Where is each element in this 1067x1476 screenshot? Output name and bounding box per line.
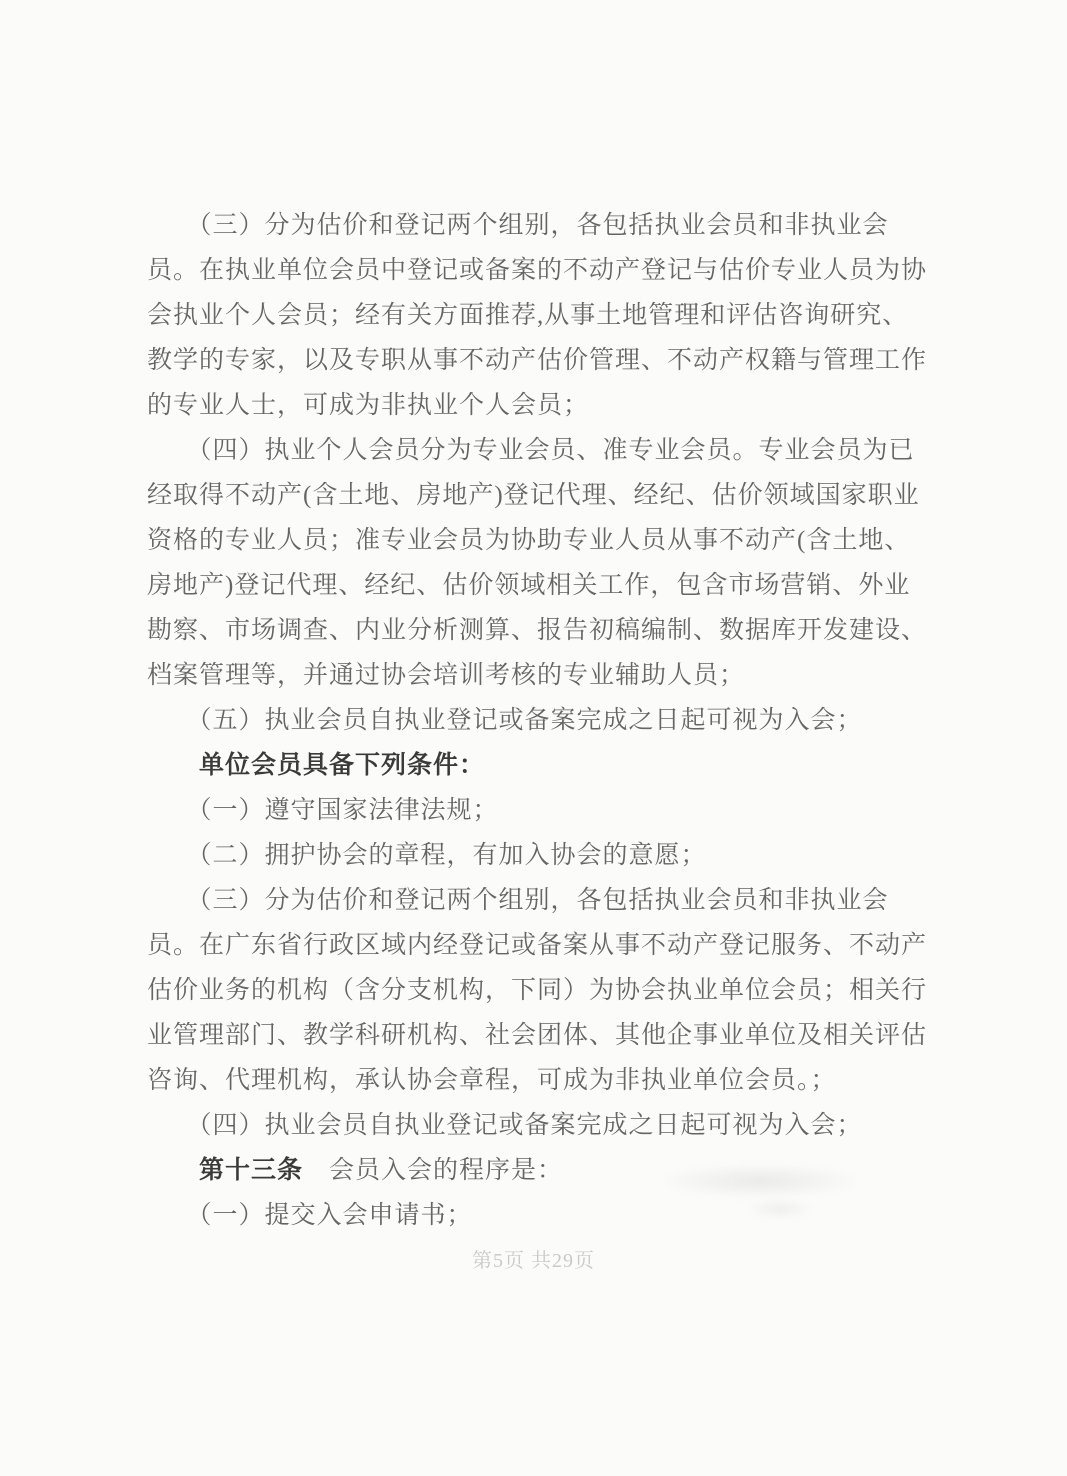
body-text: 咨询、代理机构，承认协会章程，可成为非执业单位会员。； [147, 1067, 837, 1094]
text-line: （一）提交入会申请书； [147, 1193, 929, 1238]
text-line: 员。在广东省行政区域内经登记或备案从事不动产登记服务、不动产 [147, 923, 929, 968]
text-line: 房地产)登记代理、经纪、估价领域相关工作，包含市场营销、外业 [147, 563, 929, 608]
body-text: 会员入会的程序是： [303, 1157, 563, 1184]
text-line: （四）执业会员自执业登记或备案完成之日起可视为入会； [147, 1103, 929, 1148]
text-line: 的专业人士，可成为非执业个人会员； [147, 383, 929, 428]
body-text: 勘察、市场调查、内业分析测算、报告初稿编制、数据库开发建设、 [147, 617, 927, 644]
paragraph: （一）提交入会申请书； [147, 1193, 929, 1238]
body-text: 员。在执业单位会员中登记或备案的不动产登记与估价专业人员为协 [147, 257, 927, 284]
text-line: （三）分为估价和登记两个组别，各包括执业会员和非执业会 [147, 878, 929, 923]
text-line: 资格的专业人员；准专业会员为协助专业人员从事不动产(含土地、 [147, 518, 929, 563]
body-text: 档案管理等，并通过协会培训考核的专业辅助人员； [147, 662, 745, 689]
text-line: （四）执业个人会员分为专业会员、准专业会员。专业会员为已 [147, 428, 929, 473]
paragraph: （三）分为估价和登记两个组别，各包括执业会员和非执业会员。在执业单位会员中登记或… [147, 203, 929, 428]
body-text: （一）遵守国家法律法规； [147, 797, 499, 824]
body-text: 经取得不动产(含土地、房地产)登记代理、经纪、估价领域国家职业 [147, 482, 920, 509]
text-line: 勘察、市场调查、内业分析测算、报告初稿编制、数据库开发建设、 [147, 608, 929, 653]
paragraph: （四）执业会员自执业登记或备案完成之日起可视为入会； [147, 1103, 929, 1148]
paragraph: 单位会员具备下列条件： [147, 743, 929, 788]
text-line: （五）执业会员自执业登记或备案完成之日起可视为入会； [147, 698, 929, 743]
text-line: （三）分为估价和登记两个组别，各包括执业会员和非执业会 [147, 203, 929, 248]
body-text: 教学的专家，以及专职从事不动产估价管理、不动产权籍与管理工作 [147, 347, 927, 374]
text-line: 经取得不动产(含土地、房地产)登记代理、经纪、估价领域国家职业 [147, 473, 929, 518]
document-page: （三）分为估价和登记两个组别，各包括执业会员和非执业会员。在执业单位会员中登记或… [0, 0, 1067, 1476]
page-footer: 第5页 共29页 [0, 1244, 1067, 1273]
body-text: 的专业人士，可成为非执业个人会员； [147, 392, 589, 419]
body-text: （一）提交入会申请书； [147, 1202, 473, 1229]
body-text: 业管理部门、教学科研机构、社会团体、其他企事业单位及相关评估 [147, 1022, 927, 1049]
body-text: （二）拥护协会的章程，有加入协会的意愿； [147, 842, 707, 869]
text-line: 单位会员具备下列条件： [147, 743, 929, 788]
body-text: 员。在广东省行政区域内经登记或备案从事不动产登记服务、不动产 [147, 932, 927, 959]
text-line: 估价业务的机构（含分支机构，下同）为协会执业单位会员；相关行 [147, 968, 929, 1013]
body-text: 资格的专业人员；准专业会员为协助专业人员从事不动产(含土地、 [147, 527, 910, 554]
body-text: 估价业务的机构（含分支机构，下同）为协会执业单位会员；相关行 [147, 977, 927, 1004]
body-text: （五）执业会员自执业登记或备案完成之日起可视为入会； [147, 707, 863, 734]
document-text: （三）分为估价和登记两个组别，各包括执业会员和非执业会员。在执业单位会员中登记或… [147, 203, 929, 1238]
paragraph: （五）执业会员自执业登记或备案完成之日起可视为入会； [147, 698, 929, 743]
text-line: 教学的专家，以及专职从事不动产估价管理、不动产权籍与管理工作 [147, 338, 929, 383]
bold-text: 单位会员具备下列条件： [147, 752, 485, 779]
paragraph: （二）拥护协会的章程，有加入协会的意愿； [147, 833, 929, 878]
body-text: （三）分为估价和登记两个组别，各包括执业会员和非执业会 [147, 887, 889, 914]
paragraph: （一）遵守国家法律法规； [147, 788, 929, 833]
text-line: 员。在执业单位会员中登记或备案的不动产登记与估价专业人员为协 [147, 248, 929, 293]
body-text: 会执业个人会员；经有关方面推荐,从事土地管理和评估咨询研究、 [147, 302, 908, 329]
body-text: （四）执业会员自执业登记或备案完成之日起可视为入会； [147, 1112, 863, 1139]
body-text: 房地产)登记代理、经纪、估价领域相关工作，包含市场营销、外业 [147, 572, 910, 599]
text-line: 档案管理等，并通过协会培训考核的专业辅助人员； [147, 653, 929, 698]
text-line: （一）遵守国家法律法规； [147, 788, 929, 833]
text-line: 第十三条 会员入会的程序是： [147, 1148, 929, 1193]
paragraph: 第十三条 会员入会的程序是： [147, 1148, 929, 1193]
text-line: 咨询、代理机构，承认协会章程，可成为非执业单位会员。； [147, 1058, 929, 1103]
text-line: 会执业个人会员；经有关方面推荐,从事土地管理和评估咨询研究、 [147, 293, 929, 338]
paragraph: （三）分为估价和登记两个组别，各包括执业会员和非执业会员。在广东省行政区域内经登… [147, 878, 929, 1103]
bold-text: 第十三条 [147, 1157, 303, 1184]
text-line: （二）拥护协会的章程，有加入协会的意愿； [147, 833, 929, 878]
text-line: 业管理部门、教学科研机构、社会团体、其他企事业单位及相关评估 [147, 1013, 929, 1058]
body-text: （四）执业个人会员分为专业会员、准专业会员。专业会员为已 [147, 437, 915, 464]
body-text: （三）分为估价和登记两个组别，各包括执业会员和非执业会 [147, 212, 889, 239]
paragraph: （四）执业个人会员分为专业会员、准专业会员。专业会员为已经取得不动产(含土地、房… [147, 428, 929, 698]
